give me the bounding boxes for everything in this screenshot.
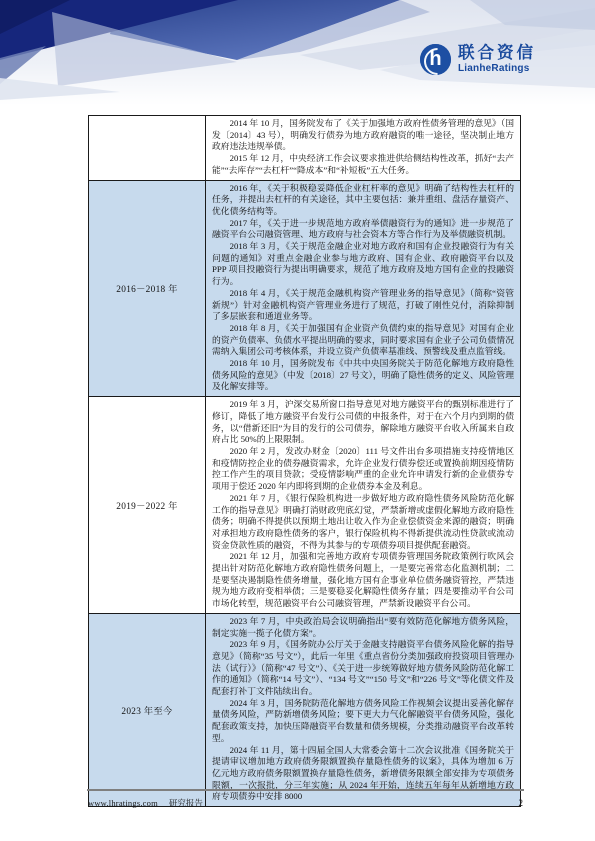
table-row: 2023 年至今2023 年 7 月，中央政治局会议明确指出“要有效防范化解地方…	[89, 613, 521, 806]
policy-paragraph: 2018 年 4 月，《关于规范金融机构资产管理业务的指导意见》（简称“资管新规…	[212, 288, 514, 323]
policy-paragraph: 2024 年 3 月，国务院防范化解地方债务风险工作视频会议提出妥善化解存量债务…	[212, 698, 514, 745]
policy-table-body: 2014 年 10 月，国务院发布了《关于加强地方政府性债务管理的意见》（国发〔…	[89, 116, 521, 807]
period-cell: 2016－2018 年	[89, 180, 206, 397]
policy-paragraph: 2015 年 12 月，中央经济工作会议要求推进供给侧结构性改革，抓好“去产能”…	[212, 153, 514, 176]
policy-paragraph: 2018 年 8 月，《关于加强国有企业资产负债约束的指导意见》对国有企业的资产…	[212, 323, 514, 358]
lianhe-logo: h 联合资信 LianheRatings	[420, 44, 536, 75]
footer-website: www.lhratings.com	[88, 798, 158, 808]
policy-timeline-table: 2014 年 10 月，国务院发布了《关于加强地方政府性债务管理的意见》（国发〔…	[88, 115, 521, 807]
policy-paragraph: 2018 年 10 月，国务院发布《中共中央国务院关于防范化解地方政府隐性债务风…	[212, 358, 514, 393]
policy-paragraph: 2024 年 11 月，第十四届全国人大常委会第十二次会议批准《国务院关于提请审…	[212, 745, 514, 804]
policy-paragraph: 2018 年 3 月，《关于规范金融企业对地方政府和国有企业投融资行为有关问题的…	[212, 241, 514, 288]
footer-doc-type: 研究报告	[169, 798, 203, 808]
footer-divider	[87, 789, 524, 791]
lianhe-logo-icon: h	[420, 44, 451, 75]
logo-h-glyph: h	[429, 49, 441, 69]
logo-name-cn: 联合资信	[458, 44, 536, 63]
policy-paragraph: 2023 年 7 月，中央政治局会议明确指出“要有效防范化解地方债务风险，制定实…	[212, 616, 514, 639]
policy-cell: 2023 年 7 月，中央政治局会议明确指出“要有效防范化解地方债务风险，制定实…	[206, 613, 521, 806]
page-number: 2	[519, 798, 524, 808]
policy-paragraph: 2017 年，《关于进一步规范地方政府举债融资行为的通知》进一步规范了融资平台公…	[212, 218, 514, 241]
policy-paragraph: 2019 年 3 月，沪深交易所窗口指导意见对地方融资平台的甄别标准进行了修订，…	[212, 399, 514, 446]
content-area: 2014 年 10 月，国务院发布了《关于加强地方政府性债务管理的意见》（国发〔…	[88, 115, 521, 807]
policy-cell: 2016 年，《关于积极稳妥降低企业杠杆率的意见》明确了结构性去杠杆的任务，并提…	[206, 180, 521, 397]
policy-paragraph: 2021 年 12 月，加强和完善地方政府专项债券管理国务院政策例行吹风会提出针…	[212, 551, 514, 610]
period-cell: 2023 年至今	[89, 613, 206, 806]
policy-paragraph: 2021 年 7 月，《银行保险机构进一步做好地方政府隐性债务风险防范化解工作的…	[212, 493, 514, 552]
report-page: h 联合资信 LianheRatings 2014 年 10 月，国务院发布了《…	[0, 0, 595, 841]
table-row: 2019－2022 年2019 年 3 月，沪深交易所窗口指导意见对地方融资平台…	[89, 397, 521, 614]
period-cell: 2019－2022 年	[89, 397, 206, 614]
logo-name-en: LianheRatings	[458, 63, 536, 75]
footer-left: www.lhratings.com研究报告	[88, 797, 203, 809]
table-row: 2014 年 10 月，国务院发布了《关于加强地方政府性债务管理的意见》（国发〔…	[89, 116, 521, 181]
policy-paragraph: 2014 年 10 月，国务院发布了《关于加强地方政府性债务管理的意见》（国发〔…	[212, 118, 514, 153]
policy-cell: 2014 年 10 月，国务院发布了《关于加强地方政府性债务管理的意见》（国发〔…	[206, 116, 521, 181]
period-cell	[89, 116, 206, 181]
table-row: 2016－2018 年2016 年，《关于积极稳妥降低企业杠杆率的意见》明确了结…	[89, 180, 521, 397]
policy-paragraph: 2023 年 9 月，《国务院办公厅关于金融支持融资平台债务风险化解的指导意见》…	[212, 639, 514, 698]
policy-paragraph: 2016 年，《关于积极稳妥降低企业杠杆率的意见》明确了结构性去杠杆的任务，并提…	[212, 183, 514, 218]
policy-paragraph: 2020 年 2 月，发改办财金〔2020〕111 号文件出台多项措施支持疫情地…	[212, 446, 514, 493]
footer: www.lhratings.com研究报告 2	[88, 797, 523, 809]
policy-cell: 2019 年 3 月，沪深交易所窗口指导意见对地方融资平台的甄别标准进行了修订，…	[206, 397, 521, 614]
logo-text-block: 联合资信 LianheRatings	[458, 44, 536, 75]
